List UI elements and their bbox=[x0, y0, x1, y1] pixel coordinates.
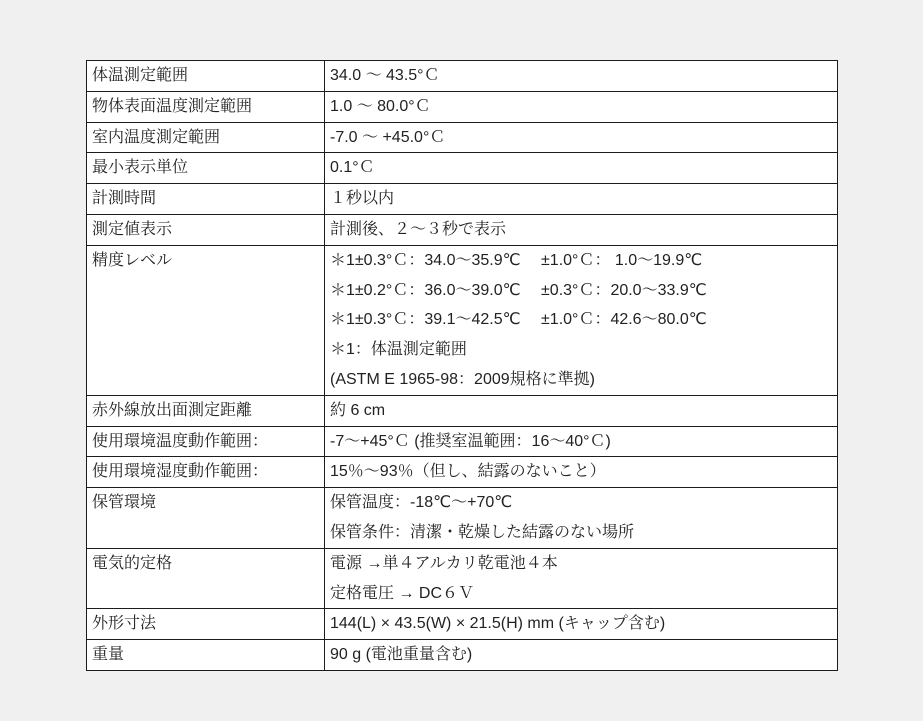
spec-label: 保管環境 bbox=[87, 488, 325, 549]
spec-value: 電源 →単４アルカリ乾電池４本 定格電圧 → DC６Ｖ bbox=[325, 548, 838, 609]
spec-value: 約 6 cm bbox=[325, 395, 838, 426]
page-background: 体温測定範囲 34.0 ～ 43.5°Ｃ 物体表面温度測定範囲 1.0 ～ 80… bbox=[0, 0, 923, 721]
spec-value-line: ＊1±0.3°Ｃ：39.1～42.5℃ ±1.0°Ｃ：42.6～80.0℃ bbox=[330, 305, 832, 335]
spec-value: 保管温度：-18℃～+70℃ 保管条件：清潔・乾燥した結露のない場所 bbox=[325, 488, 838, 549]
table-row: 計測時間 １秒以内 bbox=[87, 184, 838, 215]
table-row: 体温測定範囲 34.0 ～ 43.5°Ｃ bbox=[87, 61, 838, 92]
table-row: 最小表示単位 0.1°Ｃ bbox=[87, 153, 838, 184]
spec-value: 1.0 ～ 80.0°Ｃ bbox=[325, 91, 838, 122]
spec-value: 34.0 ～ 43.5°Ｃ bbox=[325, 61, 838, 92]
table-row: 使用環境温度動作範囲： -7～+45°Ｃ (推奨室温範囲：16～40°Ｃ) bbox=[87, 426, 838, 457]
spec-label: 電気的定格 bbox=[87, 548, 325, 609]
spec-value: 0.1°Ｃ bbox=[325, 153, 838, 184]
spec-value-line: 電源 →単４アルカリ乾電池４本 bbox=[330, 549, 832, 579]
table-row: 室内温度測定範囲 -7.0 ～ +45.0°Ｃ bbox=[87, 122, 838, 153]
table-row: 精度レベル ＊1±0.3°Ｃ：34.0～35.9℃ ±1.0°Ｃ： 1.0～19… bbox=[87, 245, 838, 395]
spec-value: -7～+45°Ｃ (推奨室温範囲：16～40°Ｃ) bbox=[325, 426, 838, 457]
table-row: 保管環境 保管温度：-18℃～+70℃ 保管条件：清潔・乾燥した結露のない場所 bbox=[87, 488, 838, 549]
table-row: 電気的定格 電源 →単４アルカリ乾電池４本 定格電圧 → DC６Ｖ bbox=[87, 548, 838, 609]
spec-value-line: 保管温度：-18℃～+70℃ bbox=[330, 488, 832, 518]
table-row: 物体表面温度測定範囲 1.0 ～ 80.0°Ｃ bbox=[87, 91, 838, 122]
spec-value: 計測後、２～３秒で表示 bbox=[325, 214, 838, 245]
spec-label: 計測時間 bbox=[87, 184, 325, 215]
spec-value: -7.0 ～ +45.0°Ｃ bbox=[325, 122, 838, 153]
spec-value: １秒以内 bbox=[325, 184, 838, 215]
spec-label: 物体表面温度測定範囲 bbox=[87, 91, 325, 122]
spec-label: 使用環境湿度動作範囲： bbox=[87, 457, 325, 488]
spec-value-line: ＊1：体温測定範囲 bbox=[330, 335, 832, 365]
table-row: 赤外線放出面測定距離 約 6 cm bbox=[87, 395, 838, 426]
spec-label: 精度レベル bbox=[87, 245, 325, 395]
spec-value-line: 定格電圧 → DC６Ｖ bbox=[330, 579, 832, 609]
table-row: 測定値表示 計測後、２～３秒で表示 bbox=[87, 214, 838, 245]
spec-label: 測定値表示 bbox=[87, 214, 325, 245]
spec-label: 重量 bbox=[87, 640, 325, 671]
specification-table: 体温測定範囲 34.0 ～ 43.5°Ｃ 物体表面温度測定範囲 1.0 ～ 80… bbox=[86, 60, 838, 671]
table-row: 外形寸法 144(L) × 43.5(W) × 21.5(H) mm (キャップ… bbox=[87, 609, 838, 640]
spec-value-line: ＊1±0.2°Ｃ：36.0～39.0℃ ±0.3°Ｃ：20.0～33.9℃ bbox=[330, 276, 832, 306]
spec-value-line: 保管条件：清潔・乾燥した結露のない場所 bbox=[330, 518, 832, 548]
spec-label: 使用環境温度動作範囲： bbox=[87, 426, 325, 457]
spec-value-line: (ASTM E 1965-98：2009規格に準拠) bbox=[330, 365, 832, 395]
table-row: 使用環境湿度動作範囲： 15％～93％（但し、結露のないこと） bbox=[87, 457, 838, 488]
spec-label: 体温測定範囲 bbox=[87, 61, 325, 92]
spec-value: 90 g (電池重量含む) bbox=[325, 640, 838, 671]
spec-value: 15％～93％（但し、結露のないこと） bbox=[325, 457, 838, 488]
specification-table-body: 体温測定範囲 34.0 ～ 43.5°Ｃ 物体表面温度測定範囲 1.0 ～ 80… bbox=[87, 61, 838, 671]
spec-label: 室内温度測定範囲 bbox=[87, 122, 325, 153]
spec-value: ＊1±0.3°Ｃ：34.0～35.9℃ ±1.0°Ｃ： 1.0～19.9℃ ＊1… bbox=[325, 245, 838, 395]
table-row: 重量 90 g (電池重量含む) bbox=[87, 640, 838, 671]
spec-value-line: ＊1±0.3°Ｃ：34.0～35.9℃ ±1.0°Ｃ： 1.0～19.9℃ bbox=[330, 246, 832, 276]
spec-label: 外形寸法 bbox=[87, 609, 325, 640]
spec-value: 144(L) × 43.5(W) × 21.5(H) mm (キャップ含む) bbox=[325, 609, 838, 640]
spec-label: 最小表示単位 bbox=[87, 153, 325, 184]
spec-label: 赤外線放出面測定距離 bbox=[87, 395, 325, 426]
